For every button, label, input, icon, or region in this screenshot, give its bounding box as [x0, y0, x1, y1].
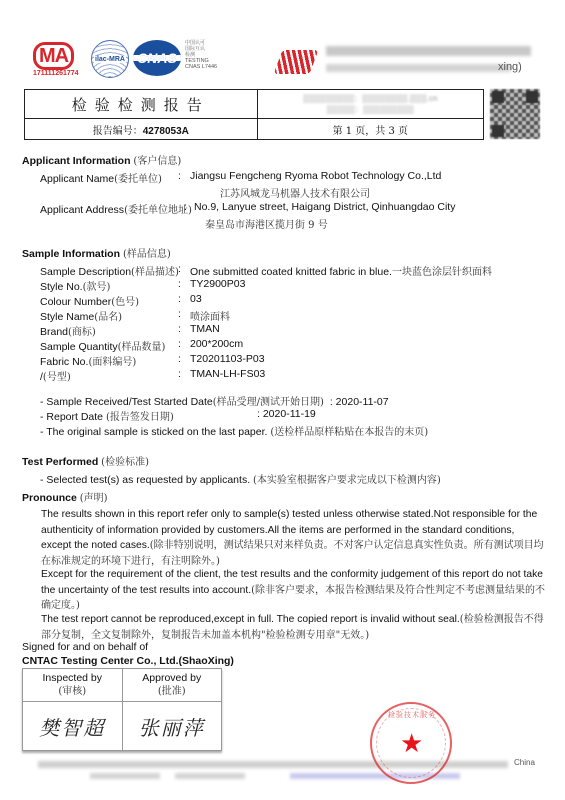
inspected-by-header: Inspected by (审核) — [23, 669, 123, 702]
approver-signature: 张丽萍 — [122, 702, 222, 751]
field-label-cn: (面料编号) — [88, 357, 136, 368]
field-value-en: TMAN — [190, 323, 220, 335]
field-colon: : — [178, 293, 181, 305]
field-value-cn: 喷涂面料 — [190, 312, 230, 323]
field-label: Applicant Address — [40, 204, 124, 216]
field-label: Sample Quantity — [40, 341, 118, 353]
approved-by-label: Approved by — [124, 672, 221, 685]
field-colon: : — [178, 353, 181, 365]
contact-info-redacted: ▒▒▒▒▒▒▒▒▒：▒▒▒▒▒▒▒▒.▒▒▒.cn ▒▒▒▒▒：▒▒▒▒▒▒▒▒… — [257, 90, 483, 119]
field-value-en: 200*200cm — [190, 338, 243, 350]
field-value: 03 — [190, 293, 202, 305]
cma-number: 171111261774 — [33, 70, 79, 77]
report-header-table: 检验检测报告 ▒▒▒▒▒▒▒▒▒：▒▒▒▒▒▒▒▒.▒▒▒.cn ▒▒▒▒▒：▒… — [24, 89, 484, 140]
inspected-by-label-cn: (审核) — [24, 685, 121, 698]
field-value: TMAN-LH-FS03 — [190, 368, 265, 380]
field-value: TMAN — [190, 323, 220, 335]
inspected-by-label: Inspected by — [24, 672, 121, 685]
heading-cn: (客户信息) — [133, 156, 181, 167]
footer-address-tail: China — [514, 758, 535, 767]
testing-center-brand: xing) — [278, 42, 538, 82]
field-colon: : — [178, 368, 181, 380]
approved-by-label-cn: (批准) — [124, 685, 221, 698]
date-label-cn: (样品受理/测试开始日期) — [213, 397, 324, 408]
pronounce-heading: Pronounce (声明) — [22, 489, 108, 504]
brand-name-en-redacted — [326, 64, 511, 72]
applicant-address-row: Applicant Address(委托单位地址) : No.9, Lanyue… — [40, 201, 192, 216]
field-value-en: TMAN-LH-FS03 — [190, 368, 265, 380]
sample-field-row: Fabric No.(面料编号):T20201103-P03 — [40, 353, 136, 368]
cnas-caption: 中国认可 国际互认 检测 TESTING CNAS L7446 — [185, 40, 217, 70]
report-number: 报告编号：4278053A — [25, 119, 258, 140]
cma-logo: MA 171111261774 — [33, 40, 83, 80]
approved-by-header: Approved by (批准) — [122, 669, 222, 702]
field-value-cn: 一块蓝色涂层针织面料 — [392, 267, 492, 278]
date-label: - Sample Received/Test Started Date — [40, 396, 213, 408]
field-label: Colour Number — [40, 296, 111, 308]
field-label-cn: (商标) — [68, 327, 96, 338]
report-title: 检验检测报告 — [25, 90, 258, 119]
field-value-en: One submitted coated knitted fabric in b… — [190, 266, 392, 278]
field-label-cn: (品名) — [94, 312, 122, 323]
sample-field-row: Brand(商标):TMAN — [40, 323, 96, 338]
page-info: 第 1 页，共 3 页 — [257, 119, 483, 140]
sample-section-heading: Sample Information (样品信息) — [22, 245, 171, 260]
field-colon: : — [178, 278, 181, 290]
cnas-caption-en: CNAS L7446 — [185, 64, 217, 70]
inspector-signature: 樊智超 — [23, 702, 123, 751]
cnas-logo: CNAS — [133, 40, 181, 76]
sample-field-row: /(号型):TMAN-LH-FS03 — [40, 368, 71, 383]
sample-field-row: Style No.(款号):TY2900P03 — [40, 278, 110, 293]
text-cn: (本实验室根据客户要求完成以下检测内容) — [253, 475, 441, 486]
field-label-cn: (色号) — [111, 297, 139, 308]
seal-star-icon: ★ — [400, 730, 423, 756]
date-label-cn: (报告签发日期) — [106, 412, 174, 423]
cma-mark: MA — [33, 42, 74, 70]
accreditation-logos: MA 171111261774 ilac-MRA CNAS 中国认可 国际互认 … — [33, 40, 217, 82]
qr-code-icon — [490, 89, 540, 139]
applicant-section-heading: Applicant Information (客户信息) — [22, 152, 181, 167]
field-label: Style Name — [40, 311, 94, 323]
ilac-mra-logo: ilac-MRA — [91, 40, 129, 78]
contact-tail: cn — [429, 94, 437, 103]
pronounce-paragraph-2: Except for the requirement of the client… — [41, 567, 546, 614]
field-label-cn: (样品描述) — [131, 267, 179, 278]
footer-phone-redacted — [90, 773, 160, 779]
testing-company-name: CNTAC Testing Center Co., Ltd.(ShaoXing) — [22, 655, 234, 667]
field-colon: : — [178, 308, 181, 320]
test-performed-text: - Selected test(s) as requested by appli… — [40, 471, 441, 486]
note-en: - The original sample is sticked on the … — [40, 426, 270, 438]
sample-field-row: Style Name(品名):喷涂面料 — [40, 308, 122, 323]
applicant-address-value-cn: 秦皇岛市海港区揽月街 9 号 — [205, 216, 328, 231]
field-label-cn: (委托单位) — [114, 174, 162, 185]
field-value-en: T20201103-P03 — [190, 353, 265, 365]
field-colon: : — [178, 263, 181, 275]
heading-cn: (样品信息) — [123, 249, 171, 260]
field-colon: : — [178, 338, 181, 350]
heading-cn: (检验标准) — [101, 457, 149, 468]
ilac-label: ilac-MRA — [94, 56, 126, 63]
pronounce-paragraph-1: The results shown in this report refer o… — [41, 507, 546, 569]
date-label: - Report Date — [40, 411, 106, 423]
sample-received-date-value: : 2020-11-07 — [330, 396, 389, 408]
report-number-label: 报告编号： — [93, 126, 143, 137]
official-seal-stamp: 检验技术服务 ★ — [370, 702, 452, 784]
footer-fax-redacted — [175, 773, 245, 779]
field-value-en: 03 — [190, 293, 202, 305]
report-date-row: - Report Date (报告签发日期) : 2020-11-19 — [40, 408, 174, 423]
field-value: T20201103-P03 — [190, 353, 265, 365]
signed-on-behalf-line: Signed for and on behalf of — [22, 641, 148, 653]
field-label-cn: (委托单位地址) — [124, 205, 192, 216]
applicant-name-row: Applicant Name(委托单位) : Jiangsu Fengcheng… — [40, 170, 162, 185]
applicant-name-value-cn: 江苏风城龙马机器人技术有限公司 — [220, 185, 370, 200]
applicant-address-value: No.9, Lanyue street, Haigang District, Q… — [194, 201, 455, 213]
field-label-cn: (款号) — [83, 282, 111, 293]
field-label: Brand — [40, 326, 68, 338]
pronounce-paragraph-3: The test report cannot be reproduced,exc… — [41, 612, 546, 643]
field-value: TY2900P03 — [190, 278, 245, 290]
text-en: - Selected test(s) as requested by appli… — [40, 474, 253, 486]
field-label: Applicant Name — [40, 173, 114, 185]
brand-name-cn-redacted — [326, 46, 531, 56]
field-label-cn: (号型) — [43, 372, 71, 383]
heading-en: Test Performed — [22, 456, 98, 468]
field-label: Sample Description — [40, 266, 131, 278]
field-colon: : — [178, 323, 181, 335]
heading-en: Applicant Information — [22, 155, 131, 167]
paragraph-en: The test report cannot be reproduced,exc… — [41, 614, 460, 625]
original-sample-note: - The original sample is sticked on the … — [40, 423, 428, 438]
heading-en: Pronounce — [22, 492, 77, 504]
test-performed-heading: Test Performed (检验标准) — [22, 453, 149, 468]
sample-received-date-row: - Sample Received/Test Started Date(样品受理… — [40, 393, 389, 408]
field-label: Style No. — [40, 281, 83, 293]
cnas-label: CNAS — [137, 50, 177, 66]
note-cn: (送检样品原样粘贴在本报告的末页) — [270, 427, 428, 438]
applicant-name-value: Jiangsu Fengcheng Ryoma Robot Technology… — [190, 170, 441, 182]
seal-text: 检验技术服务 — [388, 710, 436, 720]
heading-en: Sample Information — [22, 248, 120, 260]
heading-cn: (声明) — [80, 493, 108, 504]
sample-field-row: Colour Number(色号):03 — [40, 293, 139, 308]
signature-table: Inspected by (审核) Approved by (批准) 樊智超 张… — [22, 668, 222, 751]
brand-name-en-tail: xing) — [498, 61, 522, 73]
field-label: Fabric No. — [40, 356, 88, 368]
field-value-en: TY2900P03 — [190, 278, 245, 290]
brand-flag-icon — [274, 50, 319, 74]
field-value: One submitted coated knitted fabric in b… — [190, 263, 492, 278]
sample-field-row: Sample Quantity(样品数量):200*200cm — [40, 338, 165, 353]
field-value: 喷涂面料 — [190, 308, 230, 323]
field-value: 200*200cm — [190, 338, 243, 350]
report-number-value: 4278053A — [143, 126, 189, 137]
report-date-value: : 2020-11-19 — [257, 408, 316, 420]
field-label-cn: (样品数量) — [118, 342, 166, 353]
sample-field-row: Sample Description(样品描述):One submitted c… — [40, 263, 179, 278]
